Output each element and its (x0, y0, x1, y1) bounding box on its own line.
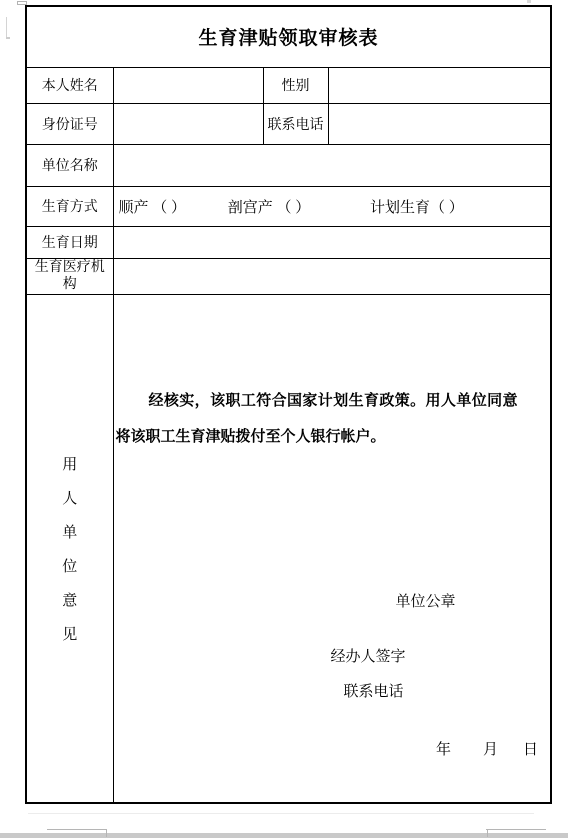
gender-value-cell[interactable] (328, 67, 551, 103)
medical-institution-label: 生育医疗机构 (26, 258, 113, 294)
text-boundary-rule (28, 813, 534, 814)
page-margin-mark-left (6, 17, 7, 38)
next-page-corner-mark-right (487, 829, 488, 837)
medical-institution-value-cell[interactable] (113, 258, 551, 294)
page-gap-strip (0, 833, 568, 838)
next-page-corner-mark-left (47, 829, 107, 830)
birth-method-label: 生育方式 (26, 186, 113, 226)
page-margin-mark-left-hook (6, 37, 10, 39)
id-number-value-cell[interactable] (113, 103, 263, 144)
vertical-label-char: 见 (62, 623, 77, 644)
birth-date-value-cell[interactable] (113, 226, 551, 258)
employer-opinion-vertical-label: 用 人 单 位 意 见 (27, 295, 113, 802)
vertical-label-char: 单 (62, 521, 77, 542)
vertical-label-char: 位 (62, 555, 77, 576)
unit-seal-label: 单位公章 (396, 590, 456, 611)
date-year-label: 年 (436, 742, 451, 758)
employer-opinion-body: 经核实，该职工符合国家计划生育政策。用人单位同意将该职工生育津贴拨付至个人银行帐… (114, 295, 551, 802)
next-page-corner-mark-left (106, 829, 107, 837)
vertical-label-char: 用 (62, 453, 77, 474)
id-number-label: 身份证号 (26, 103, 113, 144)
opinion-paragraph: 经核实，该职工符合国家计划生育政策。用人单位同意将该职工生育津贴拨付至个人银行帐… (116, 383, 518, 455)
vertical-label-char: 意 (62, 589, 77, 610)
date-month-label: 月 (483, 742, 498, 758)
birth-method-options-cell: 顺产 （ ） 剖宫产 （ ） 计划生育（ ） (113, 186, 551, 226)
page-margin-mark-top-right (527, 0, 531, 3)
date-line: 年月日 (436, 738, 538, 759)
unit-name-value-cell[interactable] (113, 144, 551, 186)
gender-label: 性别 (263, 67, 328, 103)
date-day-label: 日 (523, 742, 538, 758)
birth-method-option-natural[interactable]: 顺产 （ ） (119, 200, 187, 216)
review-form-table: 生育津贴领取审核表 本人姓名 性别 身份证号 联系电话 单位名称 生育方式 顺产… (25, 5, 552, 804)
next-page-corner-mark-right (486, 829, 546, 830)
birth-method-option-planned[interactable]: 计划生育（ ） (370, 200, 464, 216)
name-value-cell[interactable] (113, 67, 263, 103)
unit-name-label: 单位名称 (26, 144, 113, 186)
opinion-contact-phone-label: 联系电话 (344, 680, 404, 701)
birth-method-option-cesarean[interactable]: 剖宫产 （ ） (228, 200, 311, 216)
form-title: 生育津贴领取审核表 (26, 6, 551, 67)
employer-opinion-content-cell: 经核实，该职工符合国家计划生育政策。用人单位同意将该职工生育津贴拨付至个人银行帐… (113, 294, 551, 803)
handler-signature-label: 经办人签字 (331, 645, 406, 666)
birth-date-label: 生育日期 (26, 226, 113, 258)
contact-phone-label: 联系电话 (263, 103, 328, 144)
contact-phone-value-cell[interactable] (328, 103, 551, 144)
vertical-label-char: 人 (62, 487, 77, 508)
name-label: 本人姓名 (26, 67, 113, 103)
employer-opinion-label-cell: 用 人 单 位 意 见 (26, 294, 113, 803)
